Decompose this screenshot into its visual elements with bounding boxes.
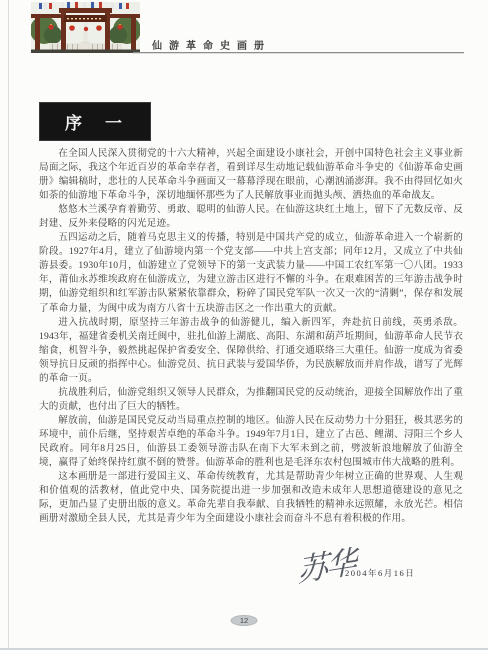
header-rule (133, 52, 464, 53)
paragraph-1: 在全国人民深入贯彻党的十六大精神，兴起全面建设小康社会，开创中国特色社会主义事业… (39, 147, 463, 203)
memorial-archway-photo (31, 2, 140, 53)
handwritten-signature: 苏华 (297, 536, 355, 591)
paragraph-6: 解放前，仙游是国民党反动当局重点控制的地区。仙游人民在反动势力十分猖狂，极其恶劣… (39, 414, 463, 470)
paragraph-2: 悠悠木兰溪孕育着勤劳、勇敢、聪明的仙游人民。在仙游这块红土地上，留下了无数反帝、… (39, 203, 463, 231)
memorial-archway-illustration (31, 2, 140, 53)
paragraph-7: 这本画册是一部进行爱国主义、革命传统教育，尤其是帮助青少年树立正确的世界观、人生… (39, 470, 463, 526)
preface-body: 在全国人民深入贯彻党的十六大精神，兴起全面建设小康社会，开创中国特色社会主义事业… (39, 147, 463, 526)
book-page: 仙游革命史画册 序 一 在全国人民深入贯彻党的十六大精神，兴起全面建设小康社会，… (0, 0, 488, 654)
book-title: 仙游革命史画册 (152, 37, 271, 52)
page-number-badge: 12 (231, 615, 258, 626)
page-left-edge (8, 0, 9, 649)
paragraph-4: 进入抗战时期，原坚持三年游击战争的仙游健儿，编入新四军，奔赴抗日前线，英勇杀敌。… (39, 316, 463, 386)
section-title-box: 序 一 (40, 103, 150, 140)
paragraph-3: 五四运动之后，随着马克思主义的传播，特别是中国共产党的成立，仙游革命进入一个崭新… (39, 231, 463, 315)
scan-margin (0, 650, 488, 654)
section-title: 序 一 (65, 109, 125, 134)
signature-date: 2004年6月16日 (345, 567, 415, 579)
paragraph-5: 抗战胜利后，仙游党组织又领导人民群众，为推翻国民党的反动统治，迎接全国解放作出了… (39, 386, 463, 414)
page-number: 12 (240, 616, 248, 625)
